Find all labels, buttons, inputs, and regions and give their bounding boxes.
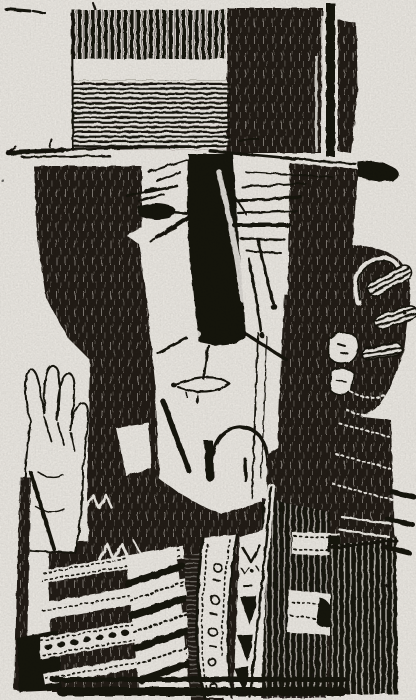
paper-grain [0,0,416,700]
woodcut-portrait [0,0,416,700]
woodcut-portrait-canvas [0,0,416,700]
